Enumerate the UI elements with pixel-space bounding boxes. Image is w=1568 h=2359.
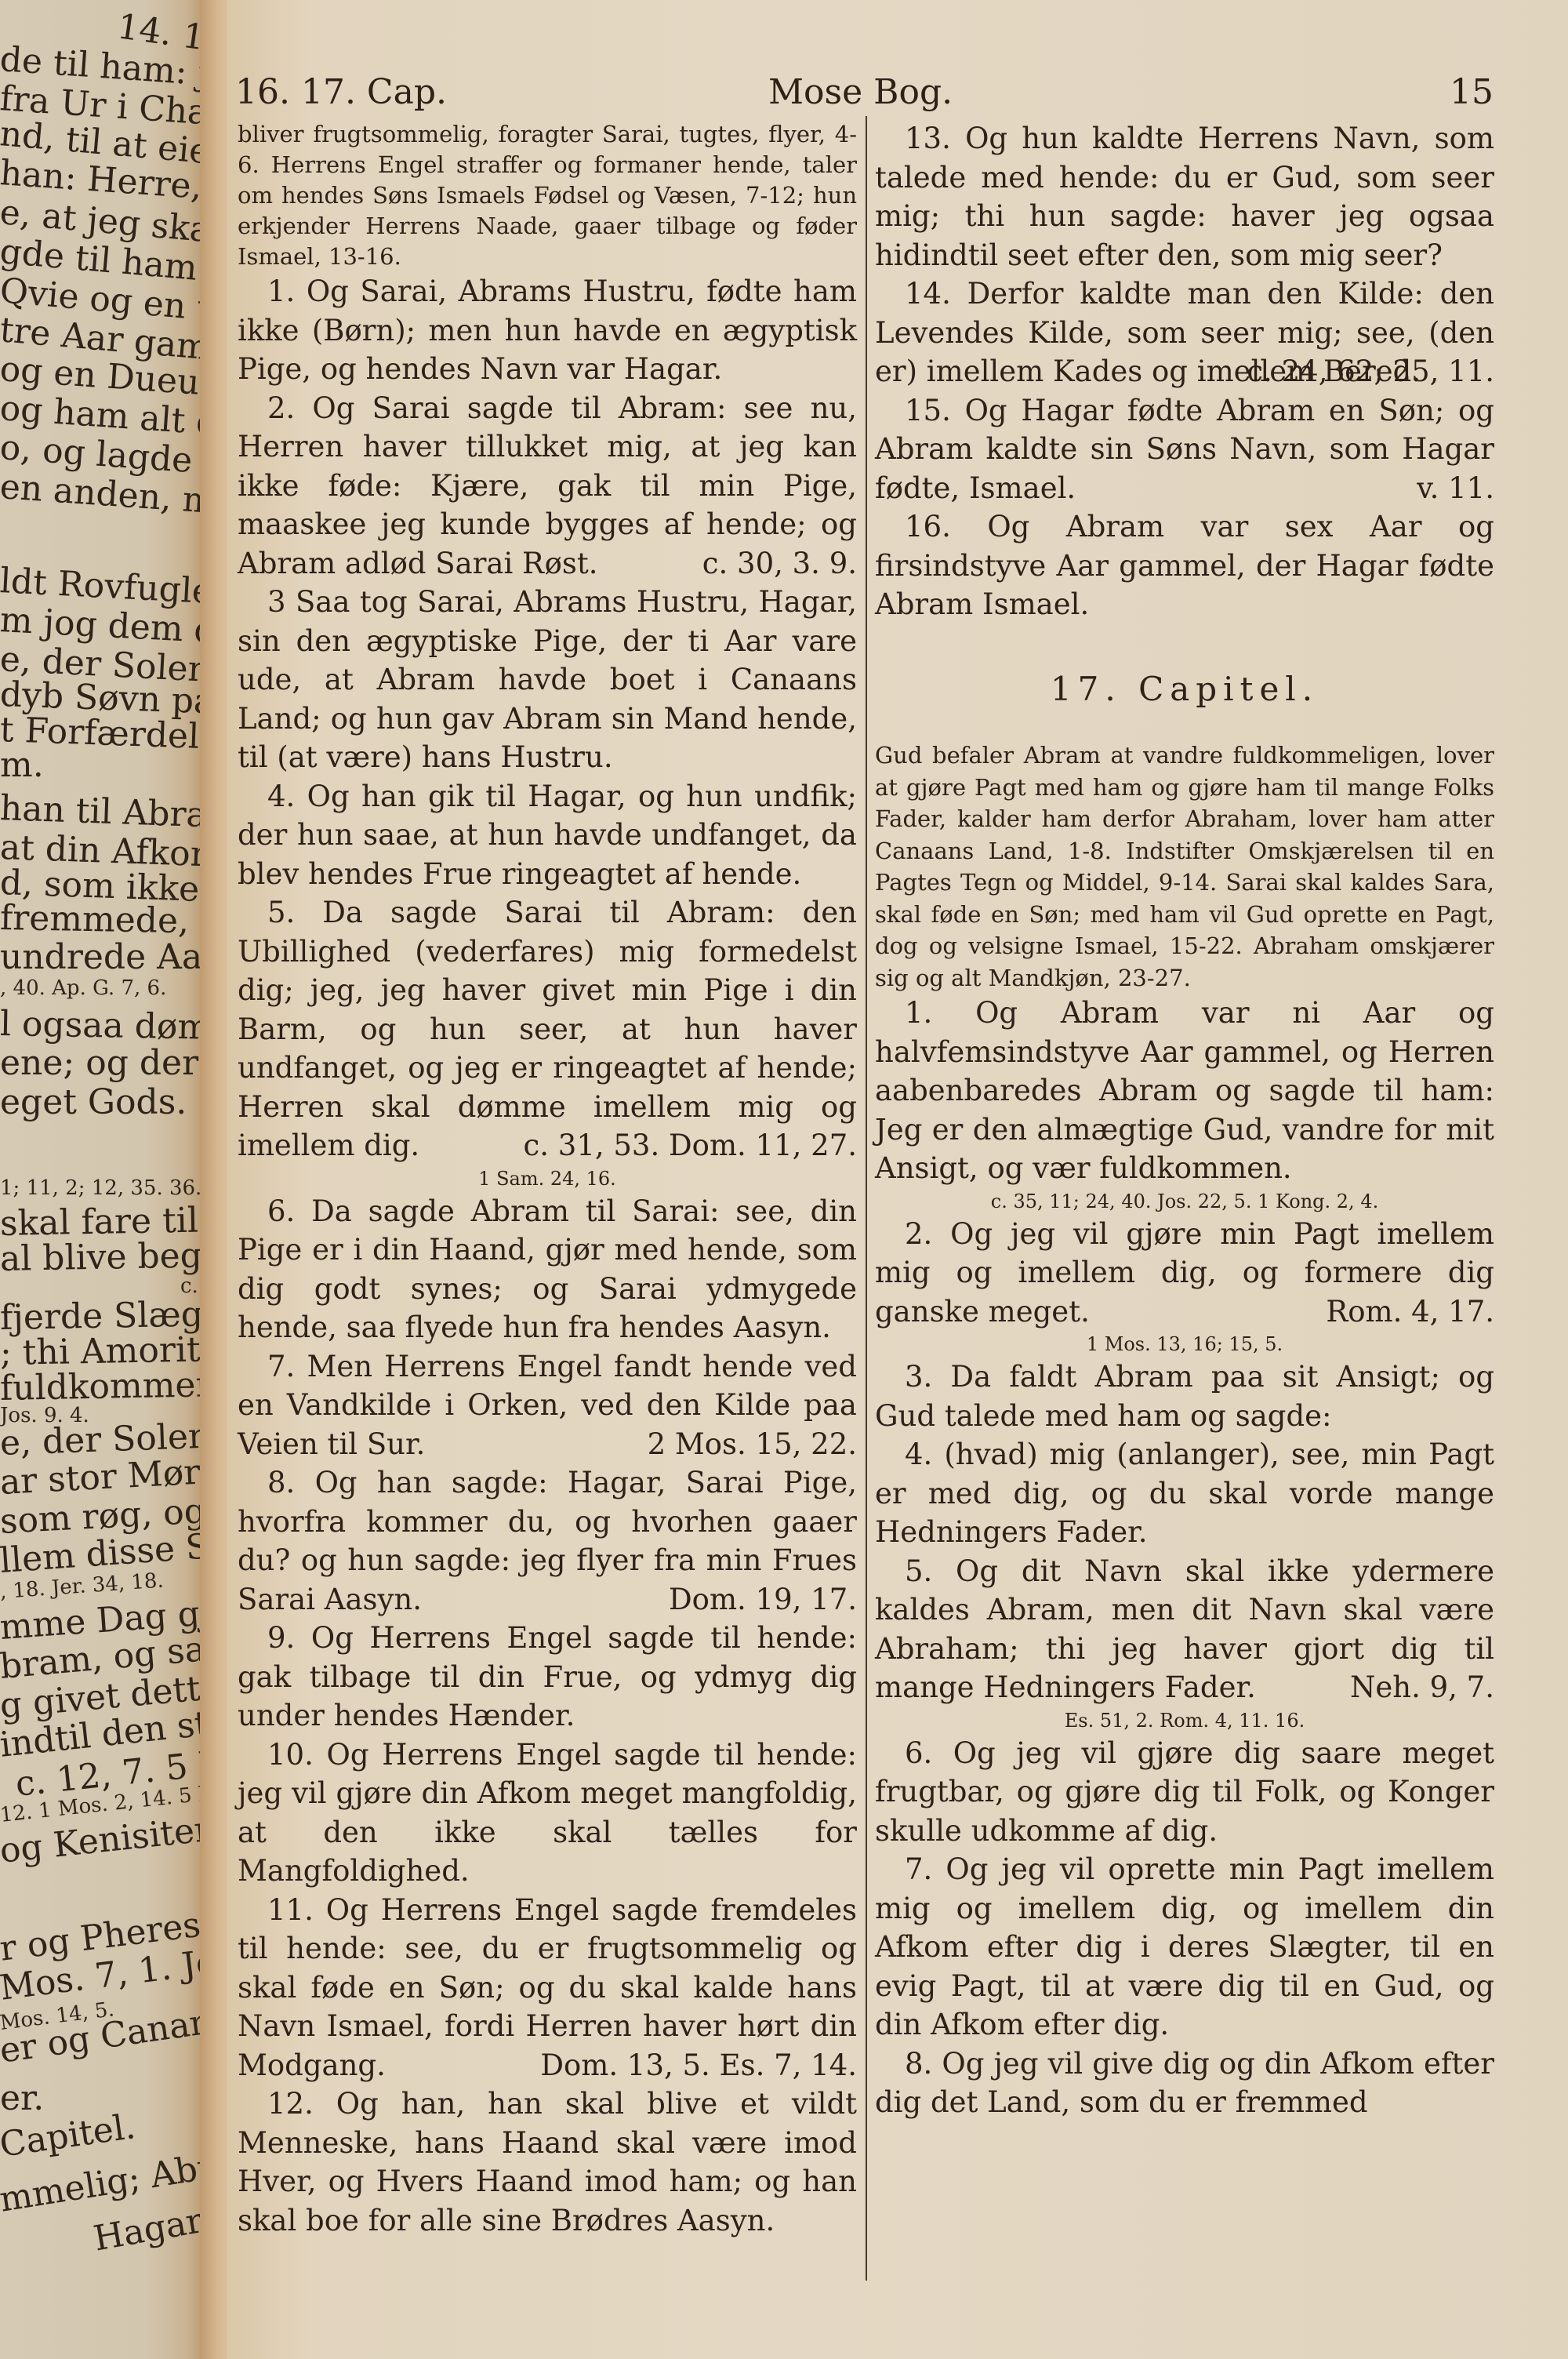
verse: 7. Og jeg vil oprette min Pagt imellem m…: [875, 1850, 1494, 2045]
verse: 6. Og jeg vil gjøre dig saare meget frug…: [875, 1734, 1494, 1851]
book-title: Mose Bog.: [768, 72, 953, 112]
previous-page-line: undrede Aar.: [0, 937, 205, 977]
chapter-17-summary: Gud befaler Abram at vandre fuldkommelig…: [875, 740, 1494, 994]
verse: 14. Derfor kaldte man den Kilde: den Lev…: [875, 274, 1494, 391]
verse-text: 4. Og han gik til Hagar, og hun undfik; …: [238, 777, 857, 894]
previous-page-line: er.: [0, 2078, 44, 2118]
verse: 3 Saa tog Sarai, Abrams Hustru, Hagar, s…: [238, 583, 857, 777]
cross-reference-footnote: 1 Mos. 13, 16; 15, 5.: [875, 1331, 1494, 1358]
verse-text: 3 Saa tog Sarai, Abrams Hustru, Hagar, s…: [238, 583, 857, 777]
verse: 5. Da sagde Sarai til Abram: den Ubillig…: [238, 893, 857, 1192]
verse: 3. Da faldt Abram paa sit Ansigt; og Gud…: [875, 1358, 1494, 1435]
verse: 2. Og jeg vil gjøre min Pagt imellem mig…: [875, 1215, 1494, 1358]
verse: 10. Og Herrens Engel sagde til hende: je…: [238, 1736, 857, 1891]
verse-text: 9. Og Herrens Engel sagde til hende: gak…: [238, 1619, 857, 1736]
verse-text: 3. Da faldt Abram paa sit Ansigt; og Gud…: [875, 1358, 1494, 1435]
chapter-17-title: 17. Capitel.: [875, 670, 1494, 709]
left-column: bliver frugtsommelig, foragter Sarai, tu…: [238, 119, 857, 2240]
verse: 9. Og Herrens Engel sagde til hende: gak…: [238, 1619, 857, 1736]
verse: 11. Og Herrens Engel sagde fremdeles til…: [238, 1891, 857, 2085]
verse: 7. Men Herrens Engel fandt hende ved en …: [238, 1347, 857, 1464]
verse-text: 10. Og Herrens Engel sagde til hende: je…: [238, 1736, 857, 1891]
verse-text: 6. Og jeg vil gjøre dig saare meget frug…: [875, 1734, 1494, 1851]
verse: 5. Og dit Navn skal ikke ydermere kaldes…: [875, 1552, 1494, 1734]
page-number: 15: [1450, 72, 1494, 112]
previous-page-line: al blive begraven i: [0, 1234, 205, 1279]
right-column: 13. Og hun kaldte Herrens Navn, som tale…: [875, 119, 1494, 2122]
verse-text: 1. Og Sarai, Abrams Hustru, fødte ham ik…: [238, 272, 857, 389]
verse-text: 4. (hvad) mig (anlanger), see, min Pagt …: [875, 1435, 1494, 1552]
previous-page-fragment: 14. 15. 16.de til ham: jeg erfra Ur i Ch…: [0, 0, 205, 2359]
cross-reference-footnote: Es. 51, 2. Rom. 4, 11. 16.: [875, 1707, 1494, 1734]
verse: 15. Og Hagar fødte Abram en Søn; og Abra…: [875, 391, 1494, 508]
verse: 4. (hvad) mig (anlanger), see, min Pagt …: [875, 1435, 1494, 1552]
previous-page-line: fuldkommen.: [0, 1365, 205, 1408]
verse: 4. Og han gik til Hagar, og hun undfik; …: [238, 777, 857, 894]
verse: 2. Og Sarai sagde til Abram: see nu, Her…: [238, 389, 857, 583]
verse-text: 7. Og jeg vil oprette min Pagt imellem m…: [875, 1850, 1494, 2045]
cross-reference-footnote: c. 35, 11; 24, 40. Jos. 22, 5. 1 Kong. 2…: [875, 1188, 1494, 1215]
verse: 1. Og Sarai, Abrams Hustru, fødte ham ik…: [238, 272, 857, 389]
verse: 8. Og han sagde: Hagar, Sarai Pige, hvor…: [238, 1463, 857, 1619]
previous-page-line: , 40. Ap. G. 7, 6.: [0, 976, 166, 1000]
verse-text: 12. Og han, han skal blive et vildt Menn…: [238, 2085, 857, 2240]
chapter-16-summary: bliver frugtsommelig, foragter Sarai, tu…: [238, 119, 857, 272]
verse-text: 5. Da sagde Sarai til Abram: den Ubillig…: [238, 893, 857, 1165]
verse-list: 1. Og Abram var ni Aar og halvfemsindsty…: [875, 994, 1494, 2122]
verse-text: 16. Og Abram var sex Aar og firsindstyve…: [875, 507, 1494, 624]
verse: 1. Og Abram var ni Aar og halvfemsindsty…: [875, 994, 1494, 1215]
verse: 16. Og Abram var sex Aar og firsindstyve…: [875, 507, 1494, 624]
previous-page-line: m.: [0, 745, 44, 785]
chapter-range: 16. 17. Cap.: [235, 72, 447, 112]
verse-text: 1. Og Abram var ni Aar og halvfemsindsty…: [875, 994, 1494, 1188]
verse-text: 8. Og jeg vil give dig og din Afkom efte…: [875, 2045, 1494, 2122]
verse: 12. Og han, han skal blive et vildt Menn…: [238, 2085, 857, 2240]
verse: 8. Og jeg vil give dig og din Afkom efte…: [875, 2045, 1494, 2122]
column-divider: [866, 116, 867, 2281]
running-header: 16. 17. Cap. Mose Bog. 15: [235, 72, 1494, 119]
verse-text: 13. Og hun kaldte Herrens Navn, som tale…: [875, 119, 1494, 274]
previous-page-line: eget Gods.: [0, 1082, 187, 1122]
verse: 13. Og hun kaldte Herrens Navn, som tale…: [875, 119, 1494, 274]
cross-reference-footnote: 1 Sam. 24, 16.: [238, 1165, 857, 1192]
verse-list: 13. Og hun kaldte Herrens Navn, som tale…: [875, 119, 1494, 624]
verse: 6. Da sagde Abram til Sarai: see, din Pi…: [238, 1192, 857, 1347]
previous-page-line: ene; og derefter: [0, 1043, 205, 1083]
verse-text: 6. Da sagde Abram til Sarai: see, din Pi…: [238, 1192, 857, 1347]
verse-list: 1. Og Sarai, Abrams Hustru, fødte ham ik…: [238, 272, 857, 2240]
previous-page-line: 1; 11, 2; 12, 35. 36.: [0, 1176, 201, 1200]
